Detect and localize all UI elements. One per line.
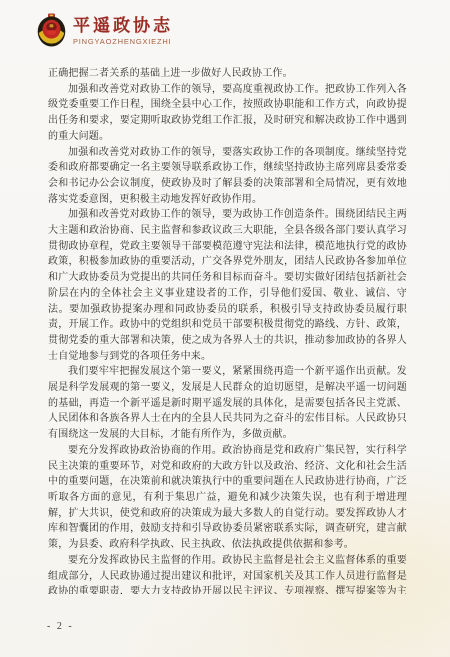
journal-title: 平遥政协志 xyxy=(73,16,173,36)
journal-title-block: 平遥政协志 PINGYAOZHENGXIEZHI xyxy=(73,13,173,46)
scanned-document-page: 平遥政协志 PINGYAOZHENGXIEZHI 正确把握二者关系的基础上进一步… xyxy=(0,0,450,657)
paragraph: 要充分发挥政协政治协商的作用。政治协商是党和政府广集民智，实行科学民主决策的重要… xyxy=(48,443,407,553)
paragraph: 加强和改善党对政协工作的领导，要落实政协工作的各项制度。继续坚持党委和政府都要确… xyxy=(48,145,407,208)
paragraph: 加强和改善党对政协工作的领导，要高度重视政协工作。把政协工作列入各级党委重要工作… xyxy=(48,82,407,145)
paragraph: 正确把握二者关系的基础上进一步做好人民政协工作。 xyxy=(48,66,407,82)
paragraph: 我们要牢牢把握发展这个第一要义，紧紧围绕再造一个新平遥作出贡献。发展是科学发展观… xyxy=(48,364,407,443)
document-body: 正确把握二者关系的基础上进一步做好人民政协工作。加强和改善党对政协工作的领导，要… xyxy=(48,66,407,594)
page-number: - 2 - xyxy=(47,621,74,632)
paragraph: 要充分发挥政协民主监督的作用。政协民主监督是社会主义监督体系的重要组成部分，人民… xyxy=(48,553,407,594)
journal-subtitle: PINGYAOZHENGXIEZHI xyxy=(73,37,173,46)
paragraph: 加强和改善党对政协工作的领导，要为政协工作创造条件。围绕团结民主两大主题和政治协… xyxy=(48,207,407,364)
journal-header: 平遥政协志 PINGYAOZHENGXIEZHI xyxy=(37,13,173,47)
cppcc-emblem-logo xyxy=(37,13,66,47)
